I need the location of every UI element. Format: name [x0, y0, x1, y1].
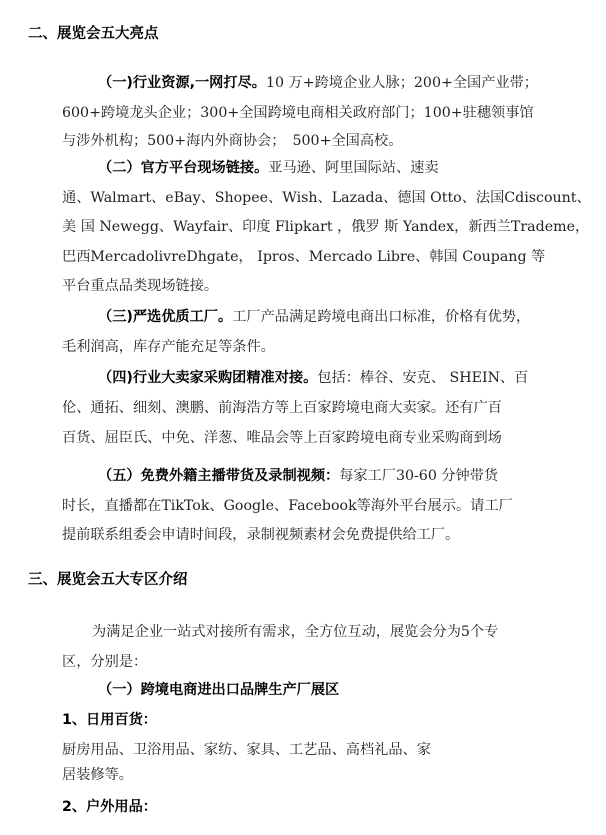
paragraph-line: 600+跨境龙头企业；300+全国跨境电商相关政府部门；100+驻穗领事馆: [62, 103, 534, 123]
paragraph-line: （二）官方平台现场链接。亚马逊、阿里国际站、速卖: [98, 158, 439, 178]
section-heading-highlights: 二、展览会五大亮点: [28, 24, 159, 44]
paragraph-line: 居装修等。: [62, 765, 133, 785]
category-title: 2、户外用品：: [62, 797, 157, 817]
paragraph-line: （三)严选优质工厂。工厂产品满足跨境电商出口标准，价格有优势，: [98, 307, 530, 327]
category-title: 1、日用百货：: [62, 710, 157, 730]
paragraph-line: 巴西MercadolivreDhgate， Ipros、Mercado Libr…: [62, 247, 545, 267]
zone-title: （一）跨境电商进出口品牌生产厂展区: [98, 680, 339, 700]
paragraph-line: （五）免费外籍主播带货及录制视频：每家工厂30-60 分钟带货: [98, 466, 498, 486]
paragraph-line: 厨房用品、卫浴用品、家纺、家具、工艺品、高档礼品、家: [62, 740, 431, 760]
item-label-official-platforms: （二）官方平台现场链接。: [98, 160, 268, 176]
paragraph-line: （四)行业大卖家采购团精准对接。包括：棒谷、安克、 SHEIN、百: [98, 368, 528, 388]
paragraph-line: 为满足企业一站式对接所有需求，全方位互动，展览会分为5个专: [92, 622, 498, 642]
paragraph-line: 伦、通拓、细刻、澳鹏、前海浩方等上百家跨境电商大卖家。还有广百: [62, 398, 502, 418]
item-label-live-streaming: （五）免费外籍主播带货及录制视频：: [98, 468, 339, 484]
paragraph-line: 与涉外机构；500+海内外商协会； 500+全国高校。: [62, 131, 402, 151]
item-label-buyer-groups: （四)行业大卖家采购团精准对接。: [98, 370, 317, 386]
paragraph-line: 百货、屈臣氏、中免、洋葱、唯品会等上百家跨境电商专业采购商到场: [62, 428, 502, 448]
paragraph-line: 时长，直播都在TikTok、Google、Facebook等海外平台展示。请工厂: [62, 496, 513, 516]
paragraph-line: 提前联系组委会申请时间段，录制视频素材会免费提供给工厂。: [62, 525, 459, 545]
item-label-industry-resources: （一)行业资源,一网打尽。: [98, 75, 266, 91]
paragraph-line: 美 国 Newegg、Wayfair、印度 Flipkart ，俄罗 斯 Yan…: [62, 217, 589, 237]
paragraph-line: （一)行业资源,一网打尽。10 万+跨境企业人脉；200+全国产业带；: [98, 73, 538, 93]
paragraph-line: 毛利润高，库存产能充足等条件。: [62, 337, 275, 357]
paragraph-line: 区，分别是：: [62, 652, 147, 672]
section-heading-zones: 三、展览会五大专区介绍: [28, 570, 188, 590]
item-label-quality-factories: （三)严选优质工厂。: [98, 309, 232, 325]
paragraph-line: 通、Walmart、eBay、Shopee、Wish、Lazada、德国 Ott…: [62, 188, 591, 208]
paragraph-line: 平台重点品类现场链接。: [62, 276, 218, 296]
